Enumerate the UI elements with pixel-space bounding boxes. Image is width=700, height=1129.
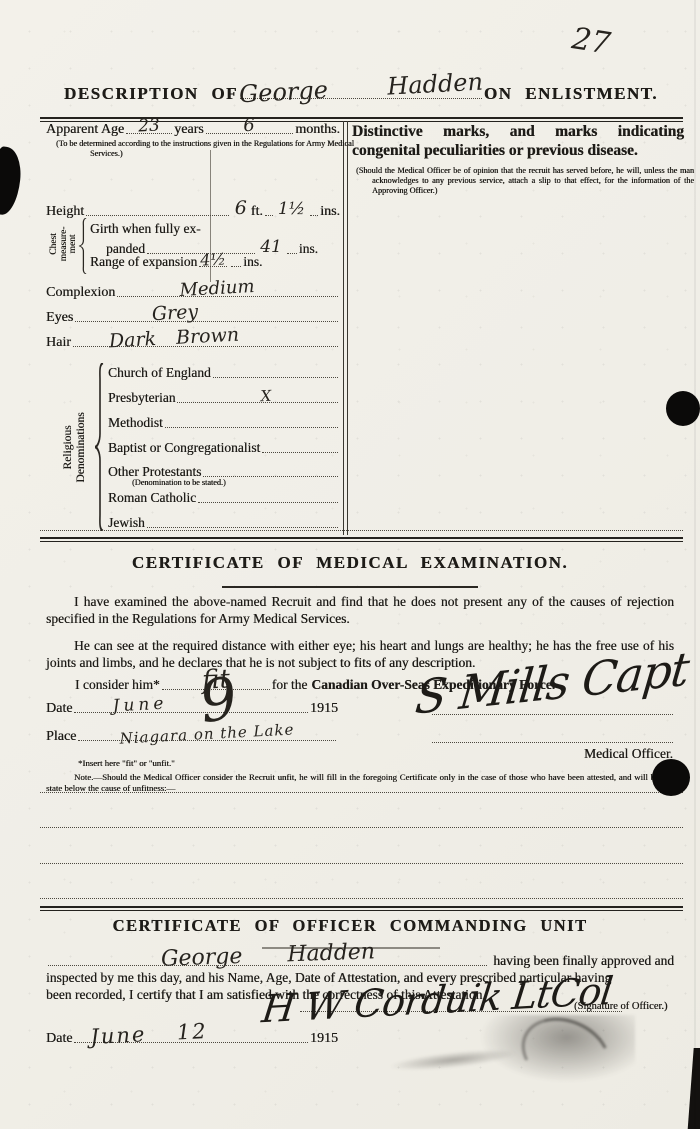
complexion-row: Complexion Medium	[46, 285, 340, 300]
officer-date-written: June 12	[90, 1019, 208, 1049]
medical-date-label: Date	[46, 701, 72, 716]
range-label: Range of expansion	[90, 254, 197, 270]
medical-heading-underline	[222, 586, 478, 588]
denomination-row: Roman Catholic	[108, 491, 340, 506]
consider-mid: for the	[272, 677, 308, 693]
medical-place-written: Niagara on the Lake	[119, 721, 295, 748]
religious-brace	[94, 363, 104, 531]
officer-line1-suffix: having been finally approved and	[489, 953, 674, 969]
ink-dot-right-lower	[652, 759, 690, 796]
eyes-row: Eyes Grey	[46, 310, 340, 325]
religious-denominations-label: Religious Denominations	[62, 364, 88, 531]
complexion-line: Medium	[117, 296, 338, 297]
medical-place-label: Place	[46, 729, 76, 744]
column-divider	[343, 121, 348, 535]
eyes-label: Eyes	[46, 310, 73, 325]
height-dots-2	[265, 215, 273, 216]
officer-name-written: George Hadden	[160, 939, 375, 971]
medical-officer-role: Medical Officer.	[432, 746, 673, 762]
hair-value: Dark Brown	[108, 324, 239, 353]
range-unit: ins.	[243, 254, 262, 270]
girth-label-line1: Girth when fully ex-	[90, 221, 201, 237]
form-title: DESCRIPTION OF George Hadden ON ENLISTME…	[64, 84, 658, 104]
height-row: Height 6 ft. 1½ ins.	[46, 197, 340, 219]
scanned-enlistment-form: 27 DESCRIPTION OF George Hadden ON ENLIS…	[0, 0, 700, 1129]
height-line	[86, 215, 229, 216]
denomination-row: Methodist	[108, 416, 340, 431]
officer-section-rule	[40, 906, 683, 911]
page-edge-shadow	[685, 1048, 700, 1129]
complexion-value: Medium	[179, 276, 255, 301]
denomination-row: Jewish	[108, 516, 340, 531]
blank-line	[40, 898, 683, 899]
hair-label: Hair	[46, 335, 71, 350]
denomination-row: Church of England	[108, 366, 340, 381]
hair-row: Hair Dark Brown	[46, 335, 340, 350]
age-months-value: 6	[243, 115, 256, 137]
age-years-value: 23	[138, 116, 161, 137]
ins-label: ins.	[320, 204, 340, 219]
range-dots-2	[231, 266, 241, 267]
years-label: years	[174, 122, 204, 137]
page-number: 27	[569, 21, 612, 62]
range-value: 4½	[200, 249, 227, 269]
officer-year-printed: 1915	[310, 1031, 338, 1046]
medical-certificate-heading: CERTIFICATE OF MEDICAL EXAMINATION.	[0, 553, 700, 573]
denomination-row: Presbyterian X	[108, 391, 340, 406]
officer-date-line: June 12	[74, 1042, 308, 1043]
apparent-age-row: Apparent Age 23 years 6 months.	[46, 122, 340, 137]
hair-line: Dark Brown	[73, 346, 338, 347]
section-dotted-rule	[40, 530, 683, 531]
distinctive-marks-note: (Should the Medical Officer be of opinio…	[356, 166, 694, 196]
officer-date-row: Date June 12 1915	[46, 1031, 338, 1046]
medical-paragraph-1: I have examined the above-named Recruit …	[46, 593, 674, 627]
officer-signature-caption: (Signature of Officer.)	[574, 1001, 667, 1012]
age-years-line: 23	[126, 133, 172, 134]
ft-label: ft.	[251, 204, 263, 219]
eyes-line: Grey	[75, 321, 338, 322]
blank-line	[40, 792, 683, 793]
months-label: months.	[295, 122, 340, 137]
officer-date-label: Date	[46, 1031, 72, 1046]
height-dots-3	[310, 215, 318, 216]
height-ft-value: 6	[235, 197, 247, 219]
presbyterian-mark: X	[260, 387, 272, 406]
recruit-name-written: George Hadden	[238, 68, 483, 109]
title-name-line: George Hadden	[240, 98, 482, 99]
consider-prefix: I consider him*	[75, 677, 160, 693]
age-months-line: 6	[206, 133, 294, 134]
officer-certificate-heading: CERTIFICATE OF OFFICER COMMANDING UNIT	[0, 916, 700, 936]
range-row: Range of expansion 4½ ins.	[90, 254, 290, 270]
section-rule	[40, 537, 683, 542]
eyes-value: Grey	[151, 301, 198, 325]
medical-date-line: June	[74, 712, 308, 713]
medical-date-month: June	[112, 694, 168, 717]
complexion-label: Complexion	[46, 285, 115, 300]
blank-line	[40, 827, 683, 828]
height-ins-value: 1½	[278, 199, 305, 219]
apparent-age-note: (To be determined according to the instr…	[56, 139, 378, 159]
fit-footnote: *Insert here "fit" or "unfit."	[78, 758, 175, 768]
chest-brace	[78, 218, 87, 274]
medical-place-line: Niagara on the Lake	[78, 740, 336, 741]
medical-date-row: Date June 1915	[46, 701, 338, 716]
range-line: 4½	[199, 266, 227, 267]
ink-blot-left	[0, 146, 23, 216]
medical-year-printed: 1915	[310, 701, 338, 716]
medical-place-row: Place Niagara on the Lake	[46, 729, 338, 744]
page-edge-line	[694, 0, 696, 1129]
denomination-row: Baptist or Congregationalist	[108, 441, 340, 456]
chest-measurement-label: Chest measure- ment	[50, 216, 79, 272]
unfitness-note: Note.—Should the Medical Officer conside…	[46, 772, 674, 793]
medical-signature-line-2	[432, 742, 673, 743]
apparent-age-label: Apparent Age	[46, 122, 124, 137]
title-suffix: ON ENLISTMENT.	[484, 84, 658, 104]
other-protestants-note: (Denomination to be stated.)	[132, 478, 226, 488]
distinctive-marks-heading: Distinctive marks, and marks indicating …	[352, 122, 684, 160]
officer-name-line: George Hadden	[48, 965, 487, 966]
denominations-list: Church of England Presbyterian X Methodi…	[108, 364, 340, 534]
girth-unit: ins.	[299, 241, 318, 257]
blank-line	[40, 863, 683, 864]
title-prefix: DESCRIPTION OF	[64, 84, 238, 104]
officer-paragraph-line1: George Hadden having been finally approv…	[46, 953, 674, 969]
